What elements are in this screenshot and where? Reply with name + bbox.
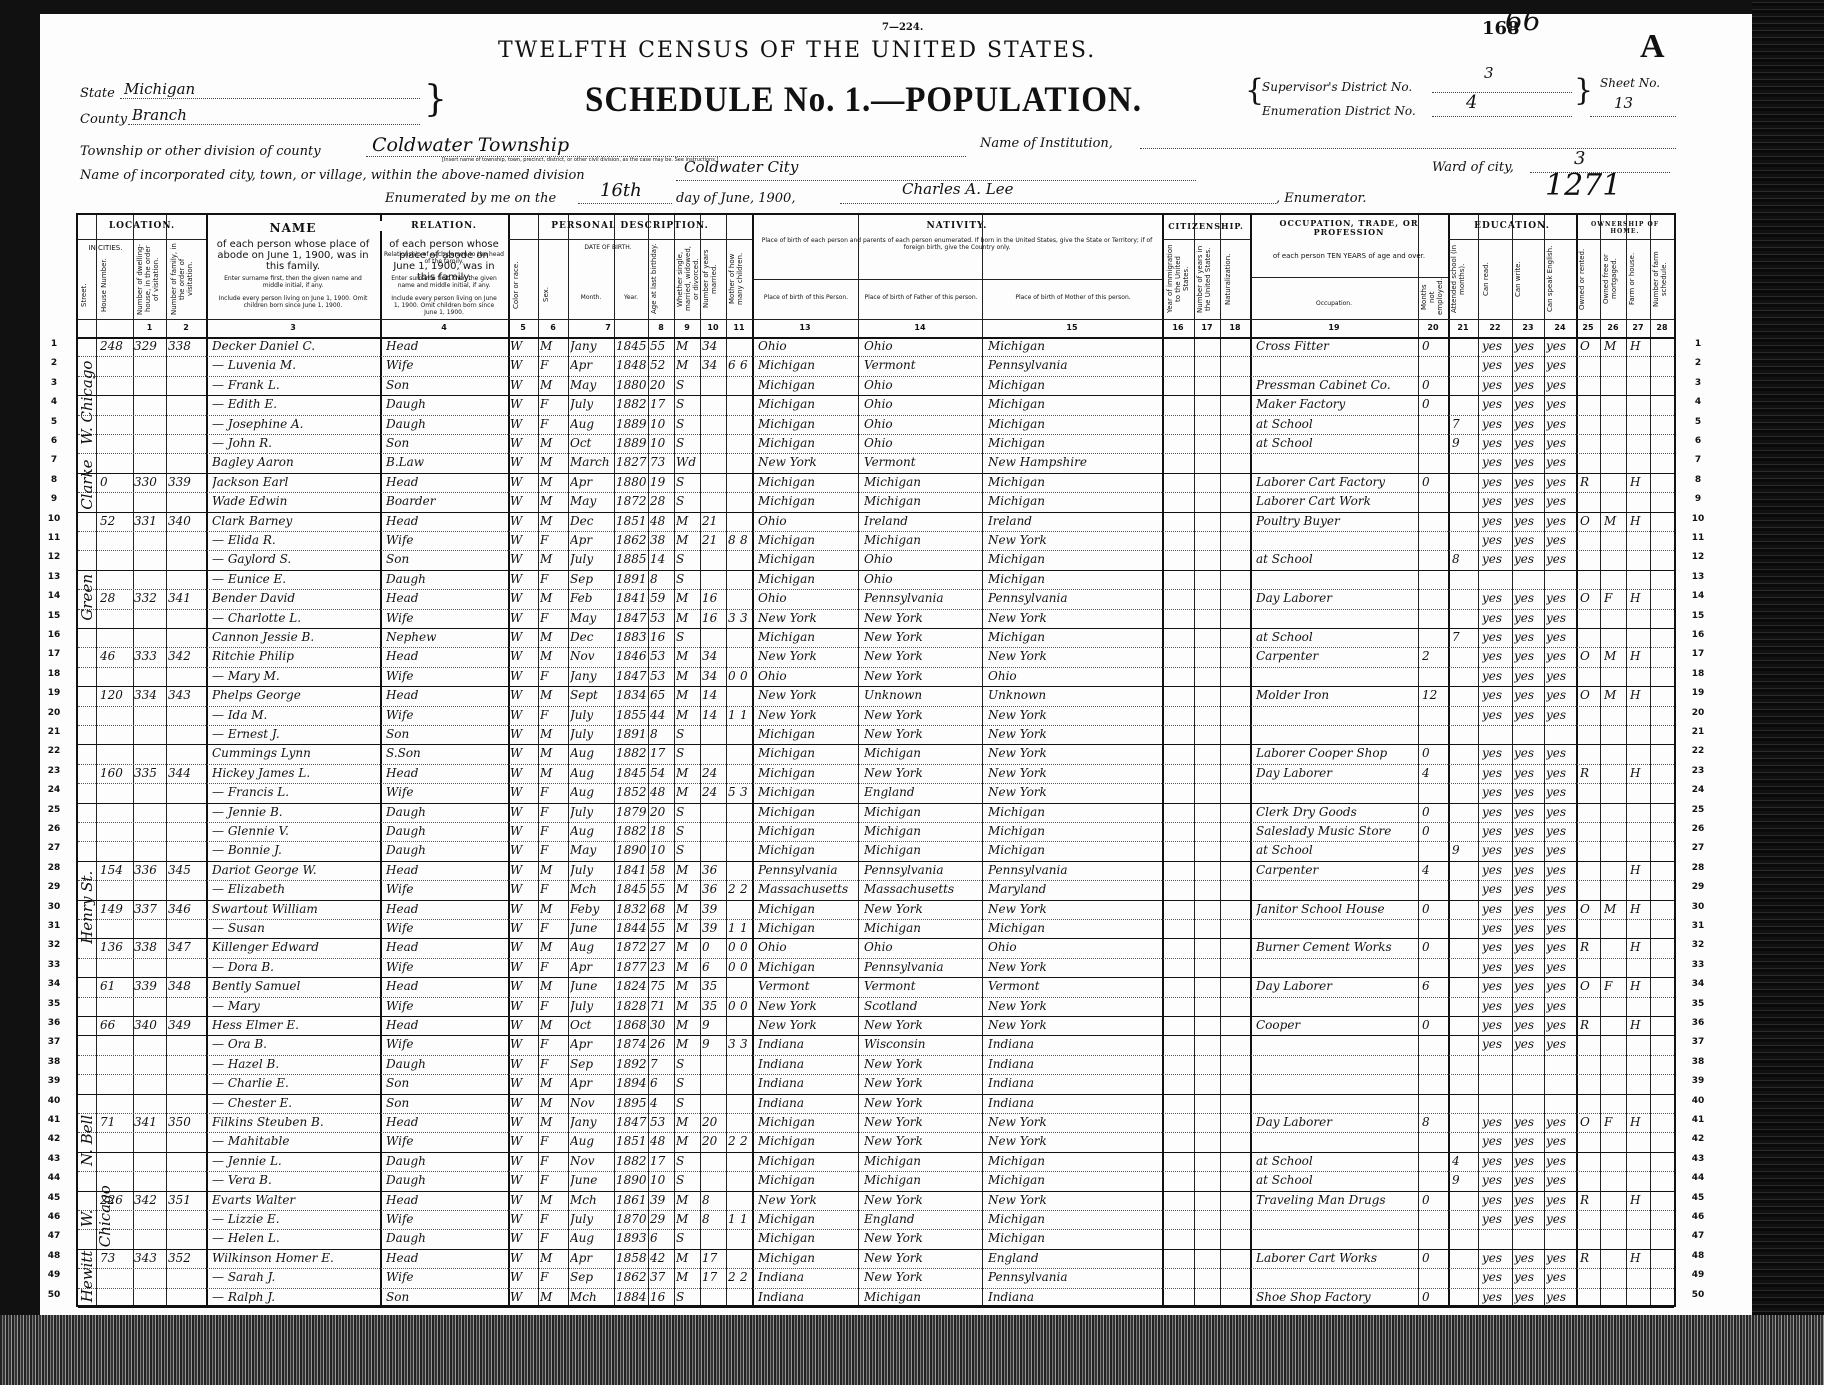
table-row: — Frank L.SonWMMay188020SMichiganOhioMic… (78, 376, 1674, 396)
row-number: 18 (44, 669, 64, 679)
free-mortgaged-cell (1604, 1094, 1624, 1113)
person-name-cell: — Dora B. (212, 958, 380, 977)
marital-status-cell: M (676, 1210, 700, 1229)
birthplace-mother-cell: England (988, 1249, 1160, 1268)
years-married-cell: 16 (702, 609, 726, 628)
occupation-cell: Traveling Man Drugs (1256, 1191, 1416, 1210)
birthplace-mother-cell: Michigan (988, 415, 1160, 434)
house-number-cell (100, 997, 132, 1016)
occupation-cell: Molder Iron (1256, 686, 1416, 705)
can-read-cell: yes (1482, 841, 1510, 860)
table-row: — Ralph J.SonWMMch188416SIndianaMichigan… (78, 1288, 1674, 1308)
row-number: 29 (1688, 882, 1708, 892)
birthplace-father-cell: Unknown (864, 686, 980, 705)
house-number-cell (100, 628, 132, 647)
colnum: 13 (752, 323, 858, 332)
can-write-cell: yes (1514, 609, 1542, 628)
row-number: 6 (1688, 436, 1708, 446)
free-mortgaged-cell (1604, 453, 1624, 472)
relation-cell: Wife (386, 609, 506, 628)
school-months-cell (1452, 764, 1476, 783)
row-number: 37 (1688, 1037, 1708, 1047)
birthplace-mother-cell: New York (988, 1113, 1160, 1132)
age-cell: 26 (650, 1035, 674, 1054)
can-write-cell: yes (1514, 1210, 1542, 1229)
birthplace-father-cell: Ohio (864, 415, 980, 434)
birth-month-cell: May (570, 376, 614, 395)
farm-house-cell (1630, 628, 1648, 647)
dwelling-number-cell (134, 1035, 166, 1054)
can-write-cell: yes (1514, 647, 1542, 666)
row-number: 48 (44, 1251, 64, 1261)
family-number-cell (168, 880, 204, 899)
color-cell: W (510, 1152, 536, 1171)
family-number-header: Number of family, in the order of visita… (170, 243, 204, 315)
birthplace-mother-cell: Michigan (988, 1210, 1160, 1229)
birthplace-father-cell: Ohio (864, 376, 980, 395)
free-mortgaged-cell (1604, 415, 1624, 434)
can-write-cell (1514, 570, 1542, 589)
years-married-cell (702, 550, 726, 569)
birthplace-father-cell: Ireland (864, 512, 980, 531)
date-of-birth-header: DATE OF BIRTH. (568, 243, 648, 253)
farm-house-cell: H (1630, 1113, 1648, 1132)
name-group-note-1: Enter surname first, then the given name… (214, 275, 372, 289)
dwelling-number-cell (134, 725, 166, 744)
color-cell: W (510, 570, 536, 589)
can-read-cell (1482, 570, 1510, 589)
enumerator-name: Charles A. Lee (902, 180, 1013, 198)
free-mortgaged-cell (1604, 841, 1624, 860)
occupation-cell (1256, 1055, 1416, 1074)
school-months-cell (1452, 1074, 1476, 1093)
table-row: 136338347Killenger EdwardHeadWMAug187227… (78, 938, 1674, 958)
row-number: 44 (44, 1173, 64, 1183)
owned-rented-cell (1580, 706, 1598, 725)
occupation-cell: Saleslady Music Store (1256, 822, 1416, 841)
birth-month-cell: May (570, 841, 614, 860)
row-number: 26 (1688, 824, 1708, 834)
row-number: 9 (1688, 494, 1708, 504)
months-unemployed-cell (1422, 841, 1446, 860)
farm-house-cell (1630, 570, 1648, 589)
years-married-cell: 17 (702, 1268, 726, 1287)
marital-status-cell: M (676, 686, 700, 705)
person-name-cell: Filkins Steuben B. (212, 1113, 380, 1132)
can-speak-english-cell: yes (1546, 473, 1574, 492)
table-row: 28332341Bender DavidHeadWMFeb184159M16Oh… (78, 589, 1674, 609)
relation-cell: Head (386, 900, 506, 919)
children-living-cell (740, 900, 752, 919)
family-number-cell (168, 744, 204, 763)
can-speak-english-cell: yes (1546, 1249, 1574, 1268)
age-cell: 73 (650, 453, 674, 472)
school-months-cell (1452, 977, 1476, 996)
sex-cell: F (540, 1132, 566, 1151)
table-row: — Eunice E.DaughWFSep18918SMichiganOhioM… (78, 570, 1674, 590)
can-write-cell: yes (1514, 744, 1542, 763)
ward-label: Ward of city, (1432, 160, 1514, 175)
school-months-cell (1452, 337, 1476, 356)
school-months-cell (1452, 938, 1476, 957)
dwelling-number-cell: 332 (134, 589, 166, 608)
birth-year-cell: 1841 (616, 861, 648, 880)
years-married-cell: 8 (702, 1191, 726, 1210)
person-name-cell: Dariot George W. (212, 861, 380, 880)
family-number-cell: 344 (168, 764, 204, 783)
family-number-cell: 348 (168, 977, 204, 996)
dwelling-number-header: Number of dwelling-house, in the order o… (136, 243, 164, 315)
family-number-cell: 341 (168, 589, 204, 608)
family-number-cell (168, 1268, 204, 1287)
birthplace-person-cell: Michigan (758, 1132, 858, 1151)
birthplace-father-cell: New York (864, 1016, 980, 1035)
hdr-rule (1162, 239, 1250, 240)
age-cell: 39 (650, 1191, 674, 1210)
row-number: 45 (44, 1193, 64, 1203)
children-living-cell (740, 628, 752, 647)
colnum: 16 (1162, 323, 1194, 332)
birth-year-cell: 1882 (616, 1152, 648, 1171)
birthplace-person-cell: Michigan (758, 1171, 858, 1190)
marital-status-cell: S (676, 841, 700, 860)
months-unemployed-cell (1422, 1152, 1446, 1171)
children-living-cell (740, 473, 752, 492)
relation-cell: Head (386, 589, 506, 608)
birth-year-cell: 1845 (616, 880, 648, 899)
birthplace-mother-cell: Pennsylvania (988, 356, 1160, 375)
family-number-cell: 352 (168, 1249, 204, 1268)
row-number: 20 (1688, 708, 1708, 718)
colnum: 21 (1448, 323, 1478, 332)
sex-cell: F (540, 997, 566, 1016)
months-unemployed-cell: 0 (1422, 376, 1446, 395)
sex-cell: M (540, 977, 566, 996)
row-number: 25 (1688, 805, 1708, 815)
city-value: Coldwater City (684, 158, 798, 176)
can-speak-english-cell: yes (1546, 1152, 1574, 1171)
months-unemployed-cell (1422, 434, 1446, 453)
occupation-cell: Maker Factory (1256, 395, 1416, 414)
children-living-cell (740, 1171, 752, 1190)
color-cell: W (510, 1249, 536, 1268)
birthplace-person-cell: Massachusetts (758, 880, 858, 899)
can-write-cell: yes (1514, 453, 1542, 472)
birthplace-father-cell: Ohio (864, 938, 980, 957)
sheet-value: 13 (1614, 94, 1633, 112)
color-cell: W (510, 492, 536, 511)
row-number: 32 (1688, 940, 1708, 950)
birthplace-mother-cell: Michigan (988, 822, 1160, 841)
enumeration-district-label: Enumeration District No. (1262, 104, 1416, 118)
family-number-cell (168, 725, 204, 744)
birthplace-person-cell: New York (758, 1191, 858, 1210)
dwelling-number-cell (134, 841, 166, 860)
birthplace-father-cell: New York (864, 706, 980, 725)
birthplace-person-cell: Indiana (758, 1055, 858, 1074)
school-months-cell (1452, 1055, 1476, 1074)
owned-rented-cell (1580, 822, 1598, 841)
brace: } (424, 82, 447, 118)
attended-school-header: Attended school (in months). (1450, 243, 1476, 315)
relation-cell: Daugh (386, 415, 506, 434)
free-mortgaged-cell (1604, 1171, 1624, 1190)
house-number-cell (100, 434, 132, 453)
birthplace-person-cell: New York (758, 997, 858, 1016)
free-mortgaged-cell: F (1604, 589, 1624, 608)
house-number-cell (100, 1074, 132, 1093)
birth-year-cell: 1824 (616, 977, 648, 996)
months-unemployed-cell (1422, 1035, 1446, 1054)
sex-cell: M (540, 647, 566, 666)
relation-cell: Wife (386, 919, 506, 938)
can-read-cell: yes (1482, 1268, 1510, 1287)
marital-status-cell: M (676, 1113, 700, 1132)
birthplace-father-cell: Massachusetts (864, 880, 980, 899)
row-number: 5 (44, 417, 64, 427)
person-name-cell: Jackson Earl (212, 473, 380, 492)
years-married-cell: 24 (702, 783, 726, 802)
house-number-cell (100, 531, 132, 550)
children-living-cell: 2 (740, 880, 752, 899)
years-married-cell (702, 434, 726, 453)
birth-year-cell: 1893 (616, 1229, 648, 1248)
owned-rented-cell (1580, 376, 1598, 395)
occupation-cell (1256, 1229, 1416, 1248)
can-write-cell: yes (1514, 395, 1542, 414)
free-mortgaged-cell (1604, 1249, 1624, 1268)
sex-cell: M (540, 1074, 566, 1093)
birth-month-cell: June (570, 977, 614, 996)
can-read-cell (1482, 1074, 1510, 1093)
birth-year-cell: 1855 (616, 706, 648, 725)
birthplace-person-cell: Michigan (758, 356, 858, 375)
person-name-cell: Bagley Aaron (212, 453, 380, 472)
color-cell: W (510, 1268, 536, 1287)
dwelling-number-cell (134, 822, 166, 841)
marital-status-cell: M (676, 1268, 700, 1287)
birthplace-person-cell: Michigan (758, 1249, 858, 1268)
owned-rented-cell (1580, 1074, 1598, 1093)
color-cell: W (510, 1035, 536, 1054)
house-number-cell (100, 453, 132, 472)
birth-month-cell: Jany (570, 1113, 614, 1132)
relation-cell: Head (386, 1016, 506, 1035)
can-write-cell: yes (1514, 938, 1542, 957)
years-married-cell: 16 (702, 589, 726, 608)
children-living-cell (740, 861, 752, 880)
month-header: Month. (568, 293, 614, 303)
free-mortgaged-cell (1604, 706, 1624, 725)
family-number-cell (168, 1055, 204, 1074)
children-living-cell (740, 589, 752, 608)
children-living-cell (740, 570, 752, 589)
birthplace-father-cell: New York (864, 609, 980, 628)
owned-rented-cell (1580, 803, 1598, 822)
relation-cell: Head (386, 1113, 506, 1132)
can-speak-english-cell: yes (1546, 822, 1574, 841)
free-mortgaged-cell (1604, 473, 1624, 492)
row-number: 10 (44, 514, 64, 524)
can-speak-english-cell: yes (1546, 764, 1574, 783)
birthplace-person-cell: Michigan (758, 803, 858, 822)
dwelling-number-cell: 337 (134, 900, 166, 919)
family-number-cell (168, 1288, 204, 1307)
farm-house-cell (1630, 1229, 1648, 1248)
birth-year-cell: 1868 (616, 1016, 648, 1035)
children-living-cell: 2 (740, 1268, 752, 1287)
birthplace-mother-cell: Michigan (988, 1229, 1160, 1248)
age-cell: 6 (650, 1229, 674, 1248)
can-read-cell (1482, 725, 1510, 744)
owned-rented-cell (1580, 415, 1598, 434)
color-cell: W (510, 647, 536, 666)
family-number-cell: 340 (168, 512, 204, 531)
birthplace-mother-cell: Michigan (988, 1152, 1160, 1171)
occupation-cell (1256, 667, 1416, 686)
can-write-cell: yes (1514, 531, 1542, 550)
owned-rented-cell: R (1580, 1249, 1598, 1268)
birth-month-cell: Apr (570, 531, 614, 550)
can-read-cell: yes (1482, 356, 1510, 375)
person-name-cell: — Ida M. (212, 706, 380, 725)
school-months-cell (1452, 822, 1476, 841)
free-mortgaged-cell (1604, 492, 1624, 511)
census-title: TWELFTH CENSUS OF THE UNITED STATES. (498, 38, 1096, 63)
can-read-cell: yes (1482, 434, 1510, 453)
can-write-cell: yes (1514, 919, 1542, 938)
in-cities-header: IN CITIES. (78, 243, 133, 253)
age-cell: 42 (650, 1249, 674, 1268)
birthplace-mother-cell: Unknown (988, 686, 1160, 705)
color-cell: W (510, 900, 536, 919)
can-write-cell: yes (1514, 803, 1542, 822)
birth-month-cell: Oct (570, 434, 614, 453)
sex-cell: F (540, 570, 566, 589)
sex-cell: M (540, 337, 566, 356)
can-read-cell: yes (1482, 822, 1510, 841)
person-name-cell: — Francis L. (212, 783, 380, 802)
months-unemployed-cell (1422, 356, 1446, 375)
can-speak-english-cell (1546, 1229, 1574, 1248)
occupation-cell: at School (1256, 841, 1416, 860)
person-name-cell: — Elida R. (212, 531, 380, 550)
dwelling-number-cell (134, 880, 166, 899)
school-months-cell (1452, 1288, 1476, 1307)
supervisor-field-line (1432, 76, 1572, 93)
years-married-cell (702, 395, 726, 414)
table-row: — Gaylord S.SonWMJuly188514SMichiganOhio… (78, 550, 1674, 570)
color-cell: W (510, 473, 536, 492)
birth-year-cell: 1844 (616, 919, 648, 938)
years-married-cell: 36 (702, 880, 726, 899)
row-number: 33 (44, 960, 64, 970)
farm-house-cell (1630, 958, 1648, 977)
row-number: 39 (1688, 1076, 1708, 1086)
occupation-cell: at School (1256, 1152, 1416, 1171)
relation-cell: Son (386, 434, 506, 453)
farm-house-cell: H (1630, 764, 1648, 783)
farm-house-cell (1630, 415, 1648, 434)
sex-cell: F (540, 1171, 566, 1190)
months-unemployed-cell (1422, 725, 1446, 744)
dwelling-number-cell (134, 1288, 166, 1307)
row-number: 43 (1688, 1154, 1708, 1164)
months-unemployed-cell: 0 (1422, 1191, 1446, 1210)
colnum: 9 (674, 323, 700, 332)
children-living-cell: 1 (740, 919, 752, 938)
house-number-cell: 46 (100, 647, 132, 666)
person-name-cell: Evarts Walter (212, 1191, 380, 1210)
enumeration-day: 16th (600, 180, 642, 201)
occupation-description: of each person TEN YEARS of age and over… (1254, 251, 1444, 261)
age-cell: 58 (650, 861, 674, 880)
table-row: — Mary M.WifeWFJany184753M340OhioNew Yor… (78, 667, 1674, 687)
can-write-cell: yes (1514, 492, 1542, 511)
farm-house-cell (1630, 1152, 1648, 1171)
birthplace-person-cell: Michigan (758, 1152, 858, 1171)
free-mortgaged-cell (1604, 1288, 1624, 1307)
years-married-cell (702, 453, 726, 472)
birthplace-person-cell: New York (758, 686, 858, 705)
owned-rented-cell (1580, 667, 1598, 686)
row-number: 21 (1688, 727, 1708, 737)
row-number: 3 (1688, 378, 1708, 388)
owned-rented-cell: R (1580, 473, 1598, 492)
birthplace-father-cell: Scotland (864, 997, 980, 1016)
row-number: 31 (1688, 921, 1708, 931)
relation-cell: Daugh (386, 803, 506, 822)
row-number: 30 (44, 902, 64, 912)
can-read-cell: yes (1482, 512, 1510, 531)
free-mortgaged-header: Owned free or mortgaged. (1602, 243, 1624, 315)
farm-house-cell (1630, 1132, 1648, 1151)
can-read-header: Can read. (1482, 243, 1508, 315)
sex-cell: F (540, 415, 566, 434)
marital-header: Whether single, married, widowed, or div… (676, 243, 698, 315)
dwelling-number-cell: 331 (134, 512, 166, 531)
can-write-cell: yes (1514, 667, 1542, 686)
marital-status-cell: S (676, 744, 700, 763)
name-group-note-2: Include every person living on June 1, 1… (214, 295, 372, 309)
months-unemployed-cell: 0 (1422, 822, 1446, 841)
owned-rented-cell (1580, 570, 1598, 589)
birth-month-cell: Apr (570, 356, 614, 375)
table-row: — Charlotte L.WifeWFMay184753M163New Yor… (78, 609, 1674, 629)
birth-year-cell: 1841 (616, 589, 648, 608)
birthplace-father-cell: New York (864, 1132, 980, 1151)
row-number: 23 (44, 766, 64, 776)
farm-house-cell (1630, 1094, 1648, 1113)
row-number: 19 (44, 688, 64, 698)
birthplace-father-cell: Michigan (864, 919, 980, 938)
months-unemployed-cell (1422, 880, 1446, 899)
owned-rented-cell: R (1580, 764, 1598, 783)
birth-year-cell: 1858 (616, 1249, 648, 1268)
age-cell: 10 (650, 415, 674, 434)
institution-field-line (1140, 132, 1676, 149)
can-speak-english-cell: yes (1546, 1210, 1574, 1229)
can-speak-english-cell: yes (1546, 589, 1574, 608)
row-number: 41 (44, 1115, 64, 1125)
birthplace-father-cell: Michigan (864, 744, 980, 763)
can-write-cell: yes (1514, 861, 1542, 880)
children-living-cell: 8 (740, 531, 752, 550)
color-header: Color or race. (512, 255, 534, 315)
color-cell: W (510, 1055, 536, 1074)
can-speak-english-cell: yes (1546, 919, 1574, 938)
row-number: 42 (44, 1134, 64, 1144)
